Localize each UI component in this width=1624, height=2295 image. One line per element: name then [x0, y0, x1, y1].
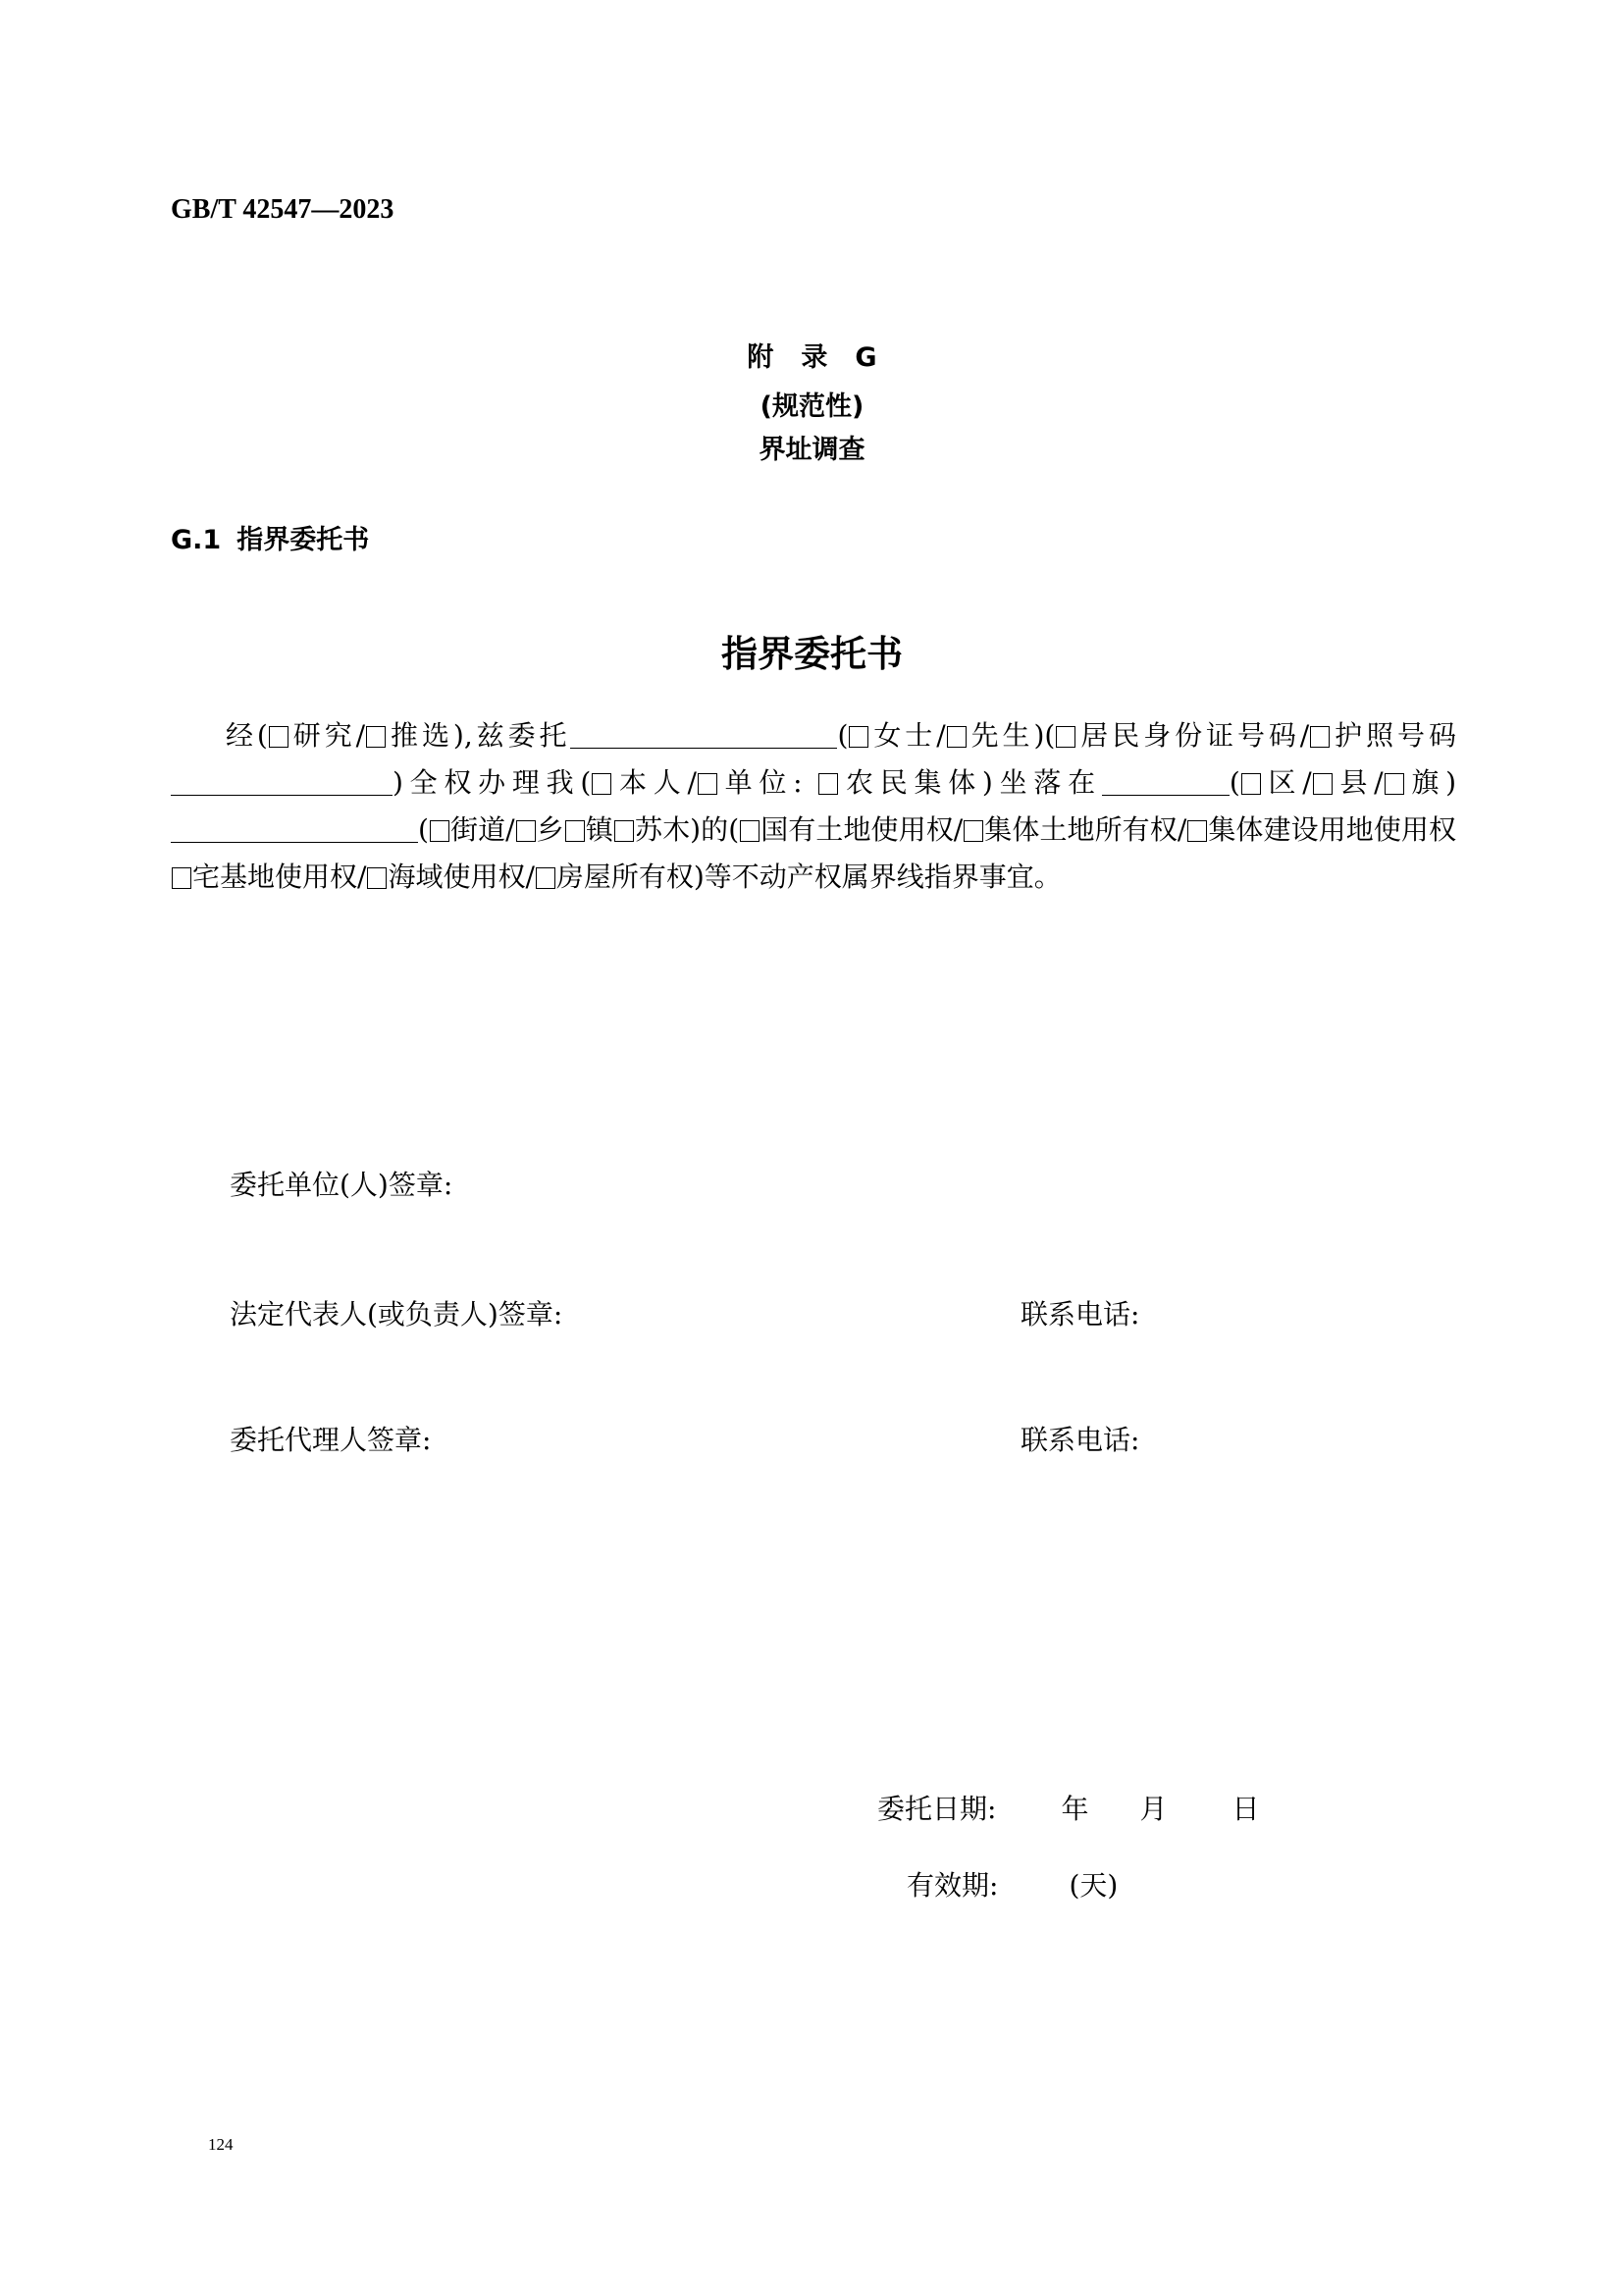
checkbox-collective[interactable] — [818, 773, 838, 795]
agent-name-field[interactable] — [570, 718, 837, 749]
text: 单位: — [718, 766, 817, 799]
checkbox-id-card[interactable] — [1056, 726, 1075, 748]
validity-unit: (天) — [1069, 1869, 1118, 1902]
month-unit: 月 — [1139, 1788, 1167, 1827]
text: 街道/ — [450, 813, 515, 846]
text: 推选),兹委托 — [387, 719, 570, 752]
form-title: 指界委托书 — [0, 624, 1624, 677]
checkbox-district[interactable] — [1241, 773, 1261, 795]
text: 苏木)的( — [635, 813, 739, 846]
section-title: 指界委托书 — [236, 525, 369, 555]
checkbox-township[interactable] — [516, 820, 536, 842]
appendix-subject: 界址调查 — [0, 428, 1624, 466]
legal-representative-signature-label: 法定代表人(或负责人)签章: — [230, 1293, 562, 1332]
text: 县/ — [1334, 766, 1384, 799]
text: ( — [1230, 766, 1240, 799]
checkbox-street[interactable] — [430, 820, 449, 842]
text: 海域使用权/ — [388, 861, 534, 893]
appendix-title: 附录G — [0, 336, 1624, 374]
entrustment-date-row: 委托日期:年月日 — [877, 1788, 1259, 1827]
legal-representative-phone-label: 联系电话: — [1021, 1293, 1139, 1332]
text: 房屋所有权)等不动产权属界线指界事宜。 — [556, 861, 1062, 893]
checkbox-town[interactable] — [565, 820, 585, 842]
text: 经( — [226, 719, 268, 752]
checkbox-passport[interactable] — [1310, 726, 1330, 748]
validity-label: 有效期: — [907, 1869, 998, 1902]
text: 护照号码 — [1331, 719, 1456, 752]
appendix-normative-label: (规范性) — [0, 385, 1624, 423]
checkbox-collective-land-ownership[interactable] — [964, 820, 983, 842]
standard-number: GB/T 42547—2023 — [171, 194, 393, 226]
text: ( — [418, 813, 429, 846]
day-unit: 日 — [1231, 1788, 1259, 1827]
appendix-title-part: 录 — [801, 342, 827, 373]
checkbox-elect[interactable] — [366, 726, 386, 748]
checkbox-house-ownership[interactable] — [536, 867, 555, 889]
text: 农民集体)坐落在 — [839, 766, 1102, 799]
checkbox-county[interactable] — [1313, 773, 1333, 795]
entrustment-date-label: 委托日期: — [877, 1793, 996, 1825]
text: 区/ — [1262, 766, 1312, 799]
text: 居民身份证号码/ — [1076, 719, 1309, 752]
text: 先生)( — [968, 719, 1056, 752]
entrustment-paragraph: 经(研究/推选),兹委托(女士/先生)(居民身份证号码/护照号码)全权办理我(本… — [171, 712, 1456, 901]
year-unit: 年 — [1061, 1788, 1088, 1827]
text: ( — [837, 719, 848, 752]
text: 研究/ — [289, 719, 365, 752]
appendix-title-part: G — [855, 342, 876, 373]
entrusting-party-signature-label: 委托单位(人)签章: — [230, 1164, 452, 1203]
location-city-field[interactable] — [1102, 765, 1230, 796]
location-subdivision-field[interactable] — [171, 812, 418, 843]
checkbox-state-land-use[interactable] — [740, 820, 760, 842]
page-number: 124 — [208, 2135, 234, 2155]
text: 集体建设用地使用权 — [1208, 813, 1456, 846]
section-heading: G.1指界委托书 — [171, 518, 369, 556]
text: 镇 — [586, 813, 613, 846]
text: )全权办理我( — [393, 766, 591, 799]
text: 本人/ — [612, 766, 697, 799]
text: 宅基地使用权/ — [192, 861, 366, 893]
text: 集体土地所有权/ — [984, 813, 1186, 846]
checkbox-self[interactable] — [592, 773, 611, 795]
text: 旗) — [1405, 766, 1456, 799]
section-number: G.1 — [171, 525, 221, 555]
checkbox-ms[interactable] — [849, 726, 868, 748]
appendix-title-part: 附 — [747, 342, 773, 373]
agent-phone-label: 联系电话: — [1021, 1419, 1139, 1458]
checkbox-mr[interactable] — [947, 726, 967, 748]
text: 国有土地使用权/ — [760, 813, 963, 846]
checkbox-research[interactable] — [269, 726, 288, 748]
text: 乡 — [537, 813, 564, 846]
checkbox-homestead[interactable] — [172, 867, 191, 889]
id-number-field[interactable] — [171, 765, 393, 796]
checkbox-unit[interactable] — [698, 773, 717, 795]
validity-row: 有效期:(天) — [907, 1864, 1118, 1904]
checkbox-banner[interactable] — [1385, 773, 1404, 795]
checkbox-sea-area[interactable] — [367, 867, 387, 889]
checkbox-collective-construction-land[interactable] — [1187, 820, 1207, 842]
agent-signature-label: 委托代理人签章: — [230, 1419, 431, 1458]
checkbox-sumu[interactable] — [614, 820, 634, 842]
text: 女士/ — [869, 719, 945, 752]
